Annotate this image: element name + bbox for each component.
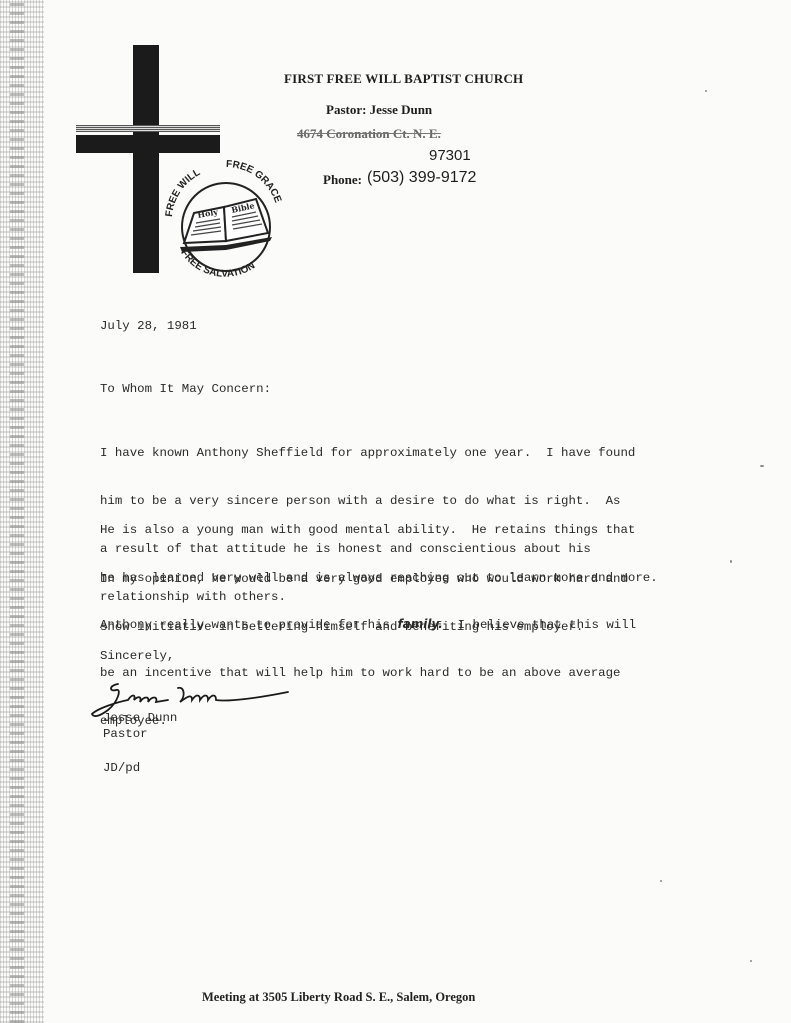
closing: Sincerely, <box>100 648 174 664</box>
signer-name: Jesse Dunn <box>103 710 177 726</box>
pastor-line: Pastor: Jesse Dunn <box>326 102 432 118</box>
paragraph-line: Anthony really wants to provide for his … <box>100 616 636 633</box>
scan-speck <box>760 465 764 467</box>
phone-label: Phone: <box>323 172 362 188</box>
scan-edge-noise <box>0 0 44 1023</box>
letter-date: July 28, 1981 <box>100 318 197 334</box>
phone-number: (503) 399-9172 <box>367 169 476 187</box>
salutation: To Whom It May Concern: <box>100 381 271 397</box>
scan-speck <box>730 560 732 563</box>
church-name: FIRST FREE WILL BAPTIST CHURCH <box>284 71 523 87</box>
cross-bar <box>76 135 220 153</box>
address-struck: 4674 Coronation Ct. N. E. <box>297 126 441 142</box>
paragraph-line: He is also a young man with good mental … <box>100 522 658 538</box>
cross-bar-lines <box>76 125 220 132</box>
cross-icon <box>133 45 159 273</box>
text-segment: Anthony really wants to provide for his <box>100 618 397 632</box>
handwritten-correction: family. <box>397 617 442 631</box>
text-segment: I believe that this will <box>443 618 636 632</box>
paragraph-line: I have known Anthony Sheffield for appro… <box>100 445 635 461</box>
signer-title: Pastor <box>103 726 148 742</box>
scan-speck <box>705 90 707 92</box>
scan-speck <box>660 880 662 882</box>
typist-initials: JD/pd <box>103 760 140 776</box>
bible-seal-icon: FREE WILL FREE GRACE FREE SALVATION Holy… <box>160 155 290 280</box>
footer-address: Meeting at 3505 Liberty Road S. E., Sale… <box>202 990 475 1005</box>
scan-speck <box>750 960 752 962</box>
zip-code: 97301 <box>429 147 471 164</box>
